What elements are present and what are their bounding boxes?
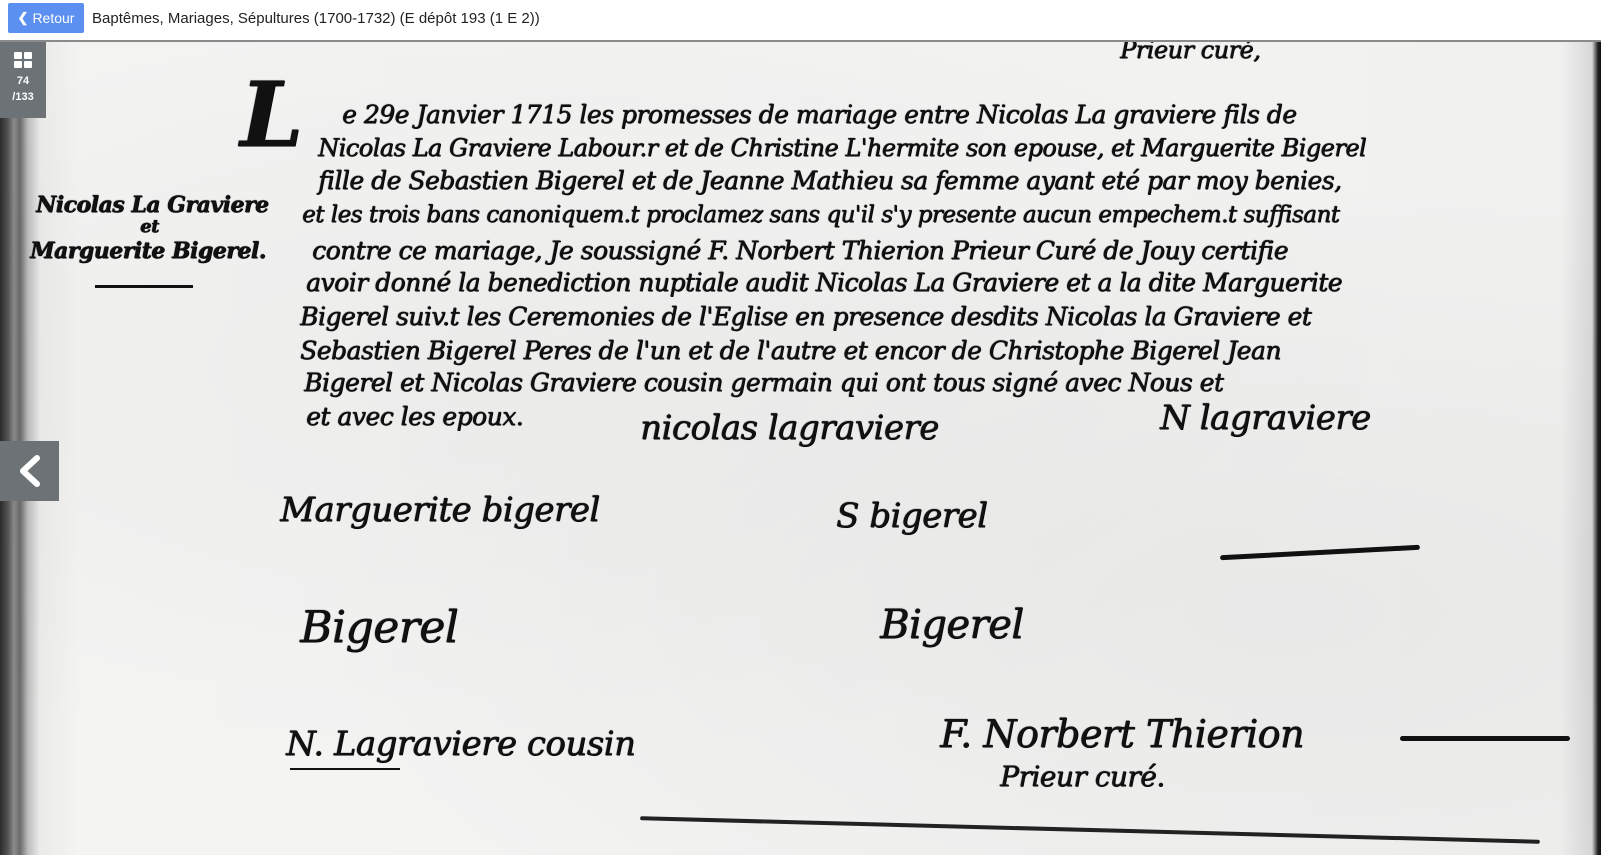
document-title: Baptêmes, Mariages, Sépultures (1700-173…: [92, 10, 540, 27]
signature-flourish: [1400, 736, 1570, 741]
manuscript-line: contre ce mariage, Je soussigné F. Norbe…: [312, 236, 1288, 265]
signature: nicolas lagraviere: [640, 408, 939, 448]
previous-page-button[interactable]: [0, 441, 59, 501]
top-bar: ❮ Retour Baptêmes, Mariages, Sépultures …: [0, 0, 1601, 40]
signature-underline: [290, 768, 400, 770]
manuscript-line: Nicolas La Graviere Labour.r et de Chris…: [318, 134, 1366, 162]
margin-underline: [95, 285, 193, 288]
back-button[interactable]: ❮ Retour: [8, 3, 84, 33]
signature: N. Lagraviere cousin: [286, 724, 635, 764]
manuscript-line: Bigerel et Nicolas Graviere cousin germa…: [304, 368, 1223, 397]
signature: F. Norbert Thierion: [940, 712, 1304, 756]
image-viewer[interactable]: Prieur curé, L Nicolas La Graviere et Ma…: [0, 40, 1601, 855]
signature: S bigerel: [836, 496, 987, 536]
manuscript-line: Sebastien Bigerel Peres de l'un et de l'…: [300, 336, 1281, 365]
margin-note-line: Marguerite Bigerel.: [30, 238, 266, 264]
manuscript-line: e 29e Janvier 1715 les promesses de mari…: [342, 100, 1296, 129]
signature: Bigerel: [880, 602, 1024, 648]
chevron-left-icon: [17, 454, 43, 488]
margin-note-line: Nicolas La Graviere: [36, 192, 268, 218]
manuscript-line: et les trois bans canoniquem.t proclamez…: [302, 202, 1339, 228]
manuscript-initial: L: [240, 62, 303, 168]
signature: Prieur curé.: [1000, 760, 1165, 793]
signature: Bigerel: [300, 602, 458, 653]
manuscript-line: fille de Sebastien Bigerel et de Jeanne …: [318, 166, 1341, 195]
signature: N lagraviere: [1160, 398, 1371, 438]
manuscript-line: Bigerel suiv.t les Ceremonies de l'Eglis…: [300, 302, 1311, 331]
chevron-left-icon: ❮: [18, 11, 29, 24]
grid-icon: [14, 52, 32, 68]
thumbnails-toggle-button[interactable]: 74 /133: [0, 42, 46, 118]
back-button-label: Retour: [32, 10, 74, 26]
manuscript-line: et avec les epoux.: [306, 402, 523, 431]
margin-note-line: et: [140, 216, 159, 237]
page-total: /133: [12, 89, 33, 105]
signature: Marguerite bigerel: [280, 490, 600, 530]
page-current: 74: [17, 73, 29, 89]
manuscript-top-fragment: Prieur curé,: [1120, 40, 1260, 64]
manuscript-line: avoir donné la benediction nuptiale audi…: [306, 268, 1342, 297]
